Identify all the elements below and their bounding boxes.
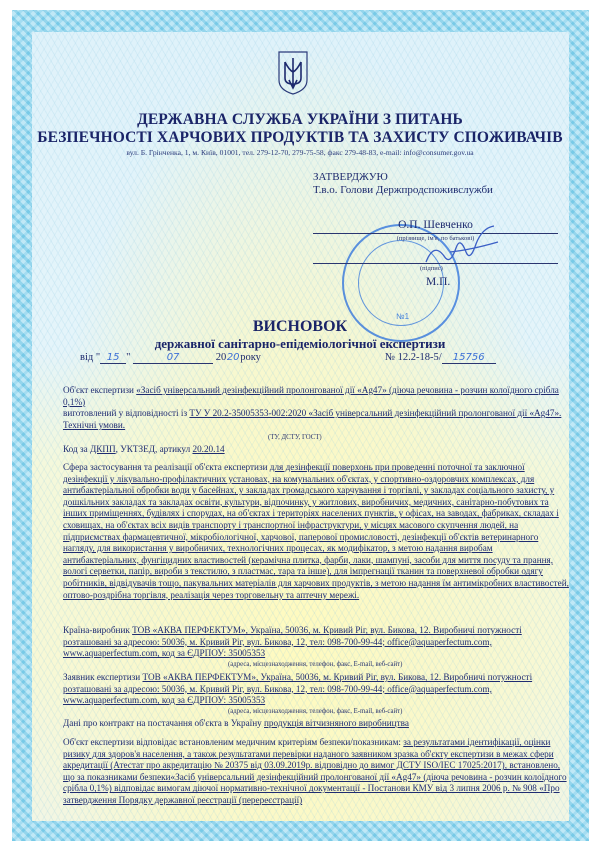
document-title: ВИСНОВОК — [0, 318, 600, 336]
document-number: № 12.2-18-5/15756 — [385, 352, 496, 364]
object-value: «Засіб універсальний дезінфекційний прол… — [63, 385, 559, 407]
scope-section: Сфера застосування та реалізації об'єкта… — [63, 462, 570, 601]
conclusion-section: Об'єкт експертизи відповідає встановлени… — [63, 737, 570, 807]
number-value: 15756 — [442, 352, 496, 364]
date-day: 15 — [100, 352, 126, 364]
manufacturer-section: Країна-виробник ТОВ «АКВА ПЕРФЕКТУМ», Ук… — [63, 625, 570, 660]
code-dkpp: ДКПП — [90, 444, 116, 454]
country-value: ТОВ «АКВА ПЕРФЕКТУМ», Україна, 50036, м.… — [63, 625, 522, 658]
contract-label: Дані про контракт на постачання об'єкта … — [63, 718, 262, 728]
code-label: Код за — [63, 444, 88, 454]
object-section: Об'єкт експертизи «Засіб універсальний д… — [63, 385, 570, 431]
conclusion-value: за результатами ідентифікації, оцінки ри… — [63, 737, 567, 805]
applicant-label: Заявник експертизи — [63, 672, 140, 682]
date-year-prefix: 20 — [216, 352, 227, 363]
tu-caption: (ТУ, ДСТУ, ГОСТ) — [268, 434, 322, 441]
date-prefix: від — [80, 352, 93, 363]
document-date: від "15" 07 2020року — [80, 352, 261, 364]
date-year-suffix: 20 — [226, 352, 240, 363]
seal-label: М.П. — [426, 276, 450, 288]
organization-name-line1: ДЕРЖАВНА СЛУЖБА УКРАЇНИ З ПИТАНЬ — [20, 111, 580, 129]
number-prefix: № 12.2-18-5/ — [385, 352, 442, 363]
code-middle: , УКТЗЕД, артикул — [116, 444, 191, 454]
object-label: Об'єкт експертизи — [63, 385, 134, 395]
document-subtitle: державної санітарно-епідеміологічної екс… — [0, 336, 600, 352]
scope-value: для дезінфекції поверхонь при проведенні… — [63, 462, 569, 600]
code-value: 20.20.14 — [192, 444, 224, 454]
code-section: Код за ДКПП, УКТЗЕД, артикул 20.20.14 — [63, 444, 570, 456]
applicant-address-caption: (адреса, місцезнаходження, телефон, факс… — [228, 708, 402, 715]
applicant-section: Заявник експертизи ТОВ «АКВА ПЕРФЕКТУМ»,… — [63, 672, 570, 707]
date-month: 07 — [133, 352, 213, 364]
approver-position: Т.в.о. Голови Держпродспоживслужби — [313, 184, 493, 196]
organization-name-line2: БЕЗПЕЧНОСТІ ХАРЧОВИХ ПРОДУКТІВ ТА ЗАХИСТ… — [20, 129, 580, 147]
approve-heading: ЗАТВЕРДЖУЮ — [313, 171, 388, 183]
manufacturer-address-caption: (адреса, місцезнаходження, телефон, факс… — [228, 661, 402, 668]
contract-section: Дані про контракт на постачання об'єкта … — [63, 718, 570, 730]
manufactured-label: виготовлений у відповідності із — [63, 408, 187, 418]
contract-value: продукція вітчизняного виробництва — [264, 718, 409, 728]
conclusion-label: Об'єкт експертизи відповідає встановлени… — [63, 737, 401, 747]
handwritten-signature — [420, 222, 500, 272]
scope-label: Сфера застосування та реалізації об'єкта… — [63, 462, 268, 472]
organization-address: вул. Б. Грінченка, 1, м. Київ, 01001, те… — [20, 148, 580, 157]
country-label: Країна-виробник — [63, 625, 130, 635]
trident-coat-of-arms-icon — [277, 50, 309, 96]
date-suffix: року — [240, 352, 261, 363]
